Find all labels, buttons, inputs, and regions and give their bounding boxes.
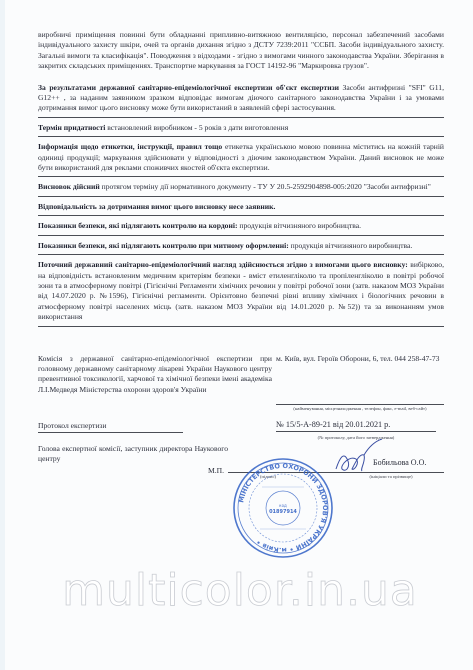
section-responsibility: Відповідальність за дотримання вимог цьо… [38,197,444,216]
section-shelf-life: Термін придатності встановлений виробник… [38,118,444,137]
seal-label: М.П. [208,466,224,476]
scan-edge [0,0,5,670]
intro-paragraph: виробничі приміщення повинні бути обладн… [38,30,444,78]
organization-name: Комісія з державної санітарно-епідеміоло… [38,354,272,395]
section-heading: Інформація щодо етикетки, інструкції, пр… [38,142,222,151]
section-body: продукція вітчизняного виробництва. [289,241,413,250]
address-underline [276,404,444,405]
section-expertise-result: За результатами державної санітарно-епід… [38,78,444,118]
section-heading: Поточний державний санітарно-епідеміолог… [38,260,408,269]
section-body: вибірково, на відповідність встановленим… [38,260,444,321]
handwritten-signature-icon [330,439,390,479]
section-customs-control: Показники безпеки, які підлягають контро… [38,236,444,255]
official-stamp-icon: МІНІСТЕРСТВО ОХОРОНИ ЗДОРОВ'Я УКРАЇНИ • … [232,457,334,559]
section-body: продукція вітчизняного виробництва. [237,221,361,230]
section-heading: Показники безпеки, які підлягають контро… [38,241,289,250]
section-body: протягом терміну дії нормативного докуме… [100,182,431,191]
section-border-control: Показники безпеки, які підлягають контро… [38,216,444,235]
svg-text:код: код [279,503,287,508]
watermark: multicolor.in.ua [60,565,420,616]
section-heading: Відповідальність за дотримання вимог цьо… [38,202,275,211]
protocol-number: № 15/5-А-89-21 від 20.01.2021 р. [276,420,436,432]
section-heading: Показники безпеки, які підлягають контро… [38,221,237,230]
section-supervision: Поточний державний санітарно-епідеміолог… [38,255,444,326]
section-heading: Термін придатності [38,123,105,132]
svg-text:01897914: 01897914 [269,509,297,515]
section-body: встановлений виробником - 5 років з дати… [105,123,288,132]
section-heading: Висновок дійсний [38,182,100,191]
organization-address: м. Київ, вул. Героїв Оборони, 6, тел. 04… [276,354,444,364]
address-caption: (найменування, місцезнаходження , телефо… [276,406,444,412]
document-body: виробничі приміщення повинні бути обладн… [38,30,444,327]
section-heading: За результатами державної санітарно-епід… [38,83,339,92]
section-validity: Висновок дійсний протягом терміну дії но… [38,177,444,196]
protocol-label: Протокол експертизи [38,421,183,433]
section-labeling: Інформація щодо етикетки, інструкції, пр… [38,137,444,177]
signer-position: Голова експертної комісії, заступник дир… [38,444,228,464]
